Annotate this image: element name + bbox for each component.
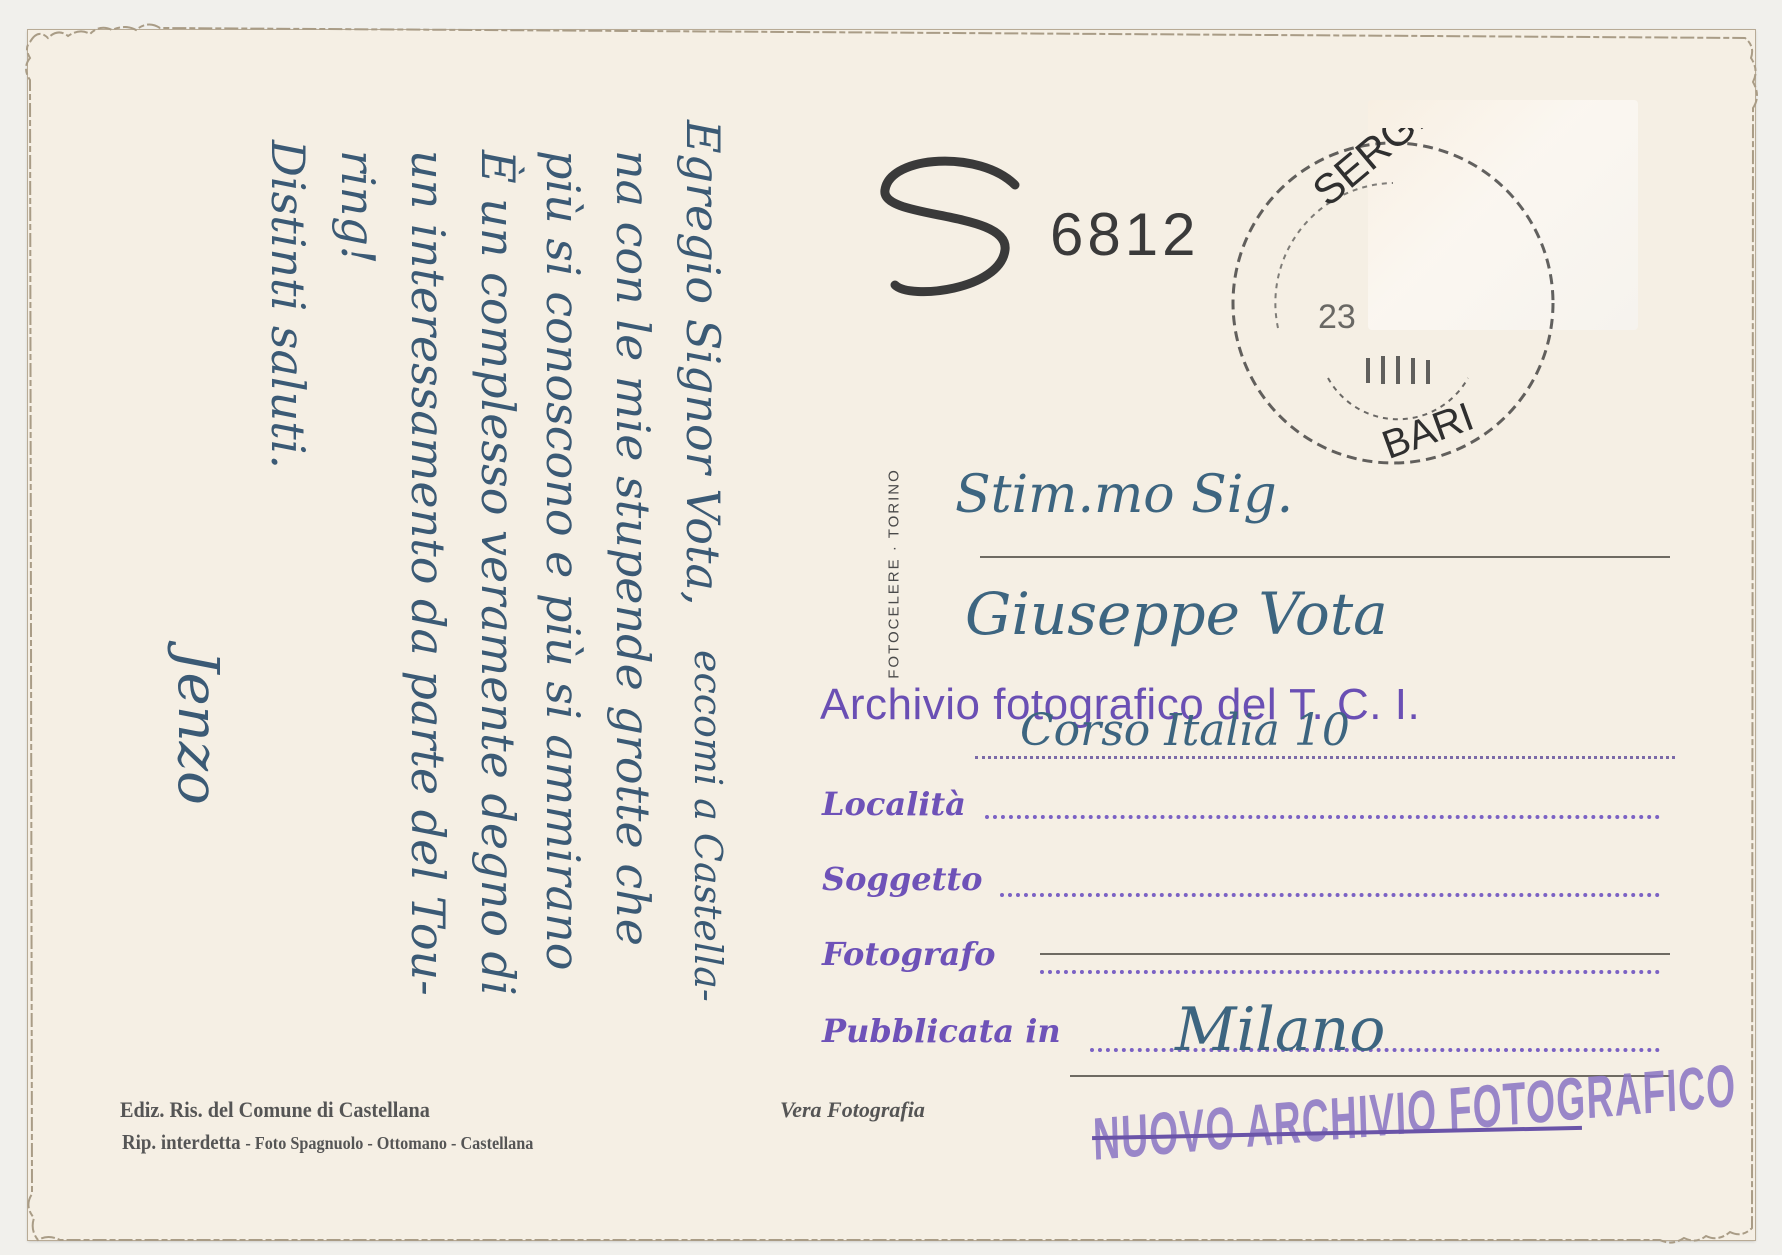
postmark-top-text: SERGE bbox=[1304, 128, 1447, 215]
address-line-3 bbox=[1040, 953, 1670, 955]
signature: Jenzo bbox=[165, 650, 230, 805]
message-line: È un complesso veramente degno di bbox=[471, 150, 525, 996]
field-label-fotografo: Fotografo bbox=[822, 935, 996, 973]
publisher-tagline: Vera Fotografia bbox=[780, 1097, 925, 1123]
postmark-city: BARI bbox=[1377, 395, 1480, 468]
publisher-line-2: Rip. interdetta - Foto Spagnuolo - Ottom… bbox=[122, 1130, 533, 1155]
address-name: Giuseppe Vota bbox=[965, 580, 1388, 648]
address-salutation: Stim.mo Sig. bbox=[955, 465, 1293, 525]
field-line-localita bbox=[985, 815, 1660, 819]
message-line: Distinti saluti. bbox=[261, 140, 315, 469]
message-line: un interessamento da parte del Tou- bbox=[401, 150, 455, 996]
postmark-date: 23 bbox=[1318, 298, 1356, 336]
field-line-soggetto bbox=[1000, 893, 1660, 897]
message-line: ring! bbox=[331, 150, 385, 264]
field-line-fotografo bbox=[1040, 970, 1660, 974]
field-label-localita: Località bbox=[822, 785, 966, 823]
message-line: più si conoscono e più si ammirano bbox=[536, 150, 590, 970]
field-label-soggetto: Soggetto bbox=[822, 860, 982, 898]
pencil-s-mark bbox=[870, 150, 1030, 310]
address-city: Milano bbox=[1175, 995, 1385, 1065]
address-street: Corso Italia 10 bbox=[1020, 705, 1350, 756]
address-line-2 bbox=[975, 756, 1675, 759]
field-label-pubblicata: Pubblicata in bbox=[822, 1012, 1061, 1050]
message-line: eccomi a Castella- bbox=[686, 650, 730, 1002]
handwritten-message: Egregio Signor Vota, eccomi a Castella- … bbox=[120, 110, 800, 1110]
message-line: na con le mie stupende grotte che bbox=[606, 150, 660, 946]
postmark-circle: SERGE 23 BARI bbox=[1218, 128, 1568, 478]
address-line-1 bbox=[980, 556, 1670, 558]
message-line: Egregio Signor Vota, bbox=[676, 120, 730, 606]
serial-number: 6812 bbox=[1050, 200, 1199, 269]
publisher-line-1: Ediz. Ris. del Comune di Castellana bbox=[120, 1097, 430, 1123]
